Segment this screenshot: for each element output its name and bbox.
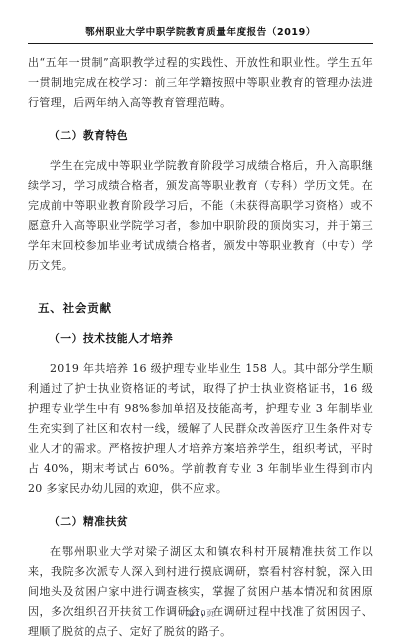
page-footer: 第10页 xyxy=(0,601,401,620)
page-number: 第10页 xyxy=(186,609,214,618)
document-body: 出“五年一贯制”高职教学过程的实践性、开放性和职业性。学生五年一贯制地完成在校学… xyxy=(28,53,373,640)
heading-poverty-alleviation: （二）精准扶贫 xyxy=(28,514,373,529)
document-page: 鄂州职业大学中职学院教育质量年度报告（2019） 出“五年一贯制”高职教学过程的… xyxy=(0,0,401,640)
page-header: 鄂州职业大学中职学院教育质量年度报告（2019） xyxy=(28,24,373,44)
page-content: 鄂州职业大学中职学院教育质量年度报告（2019） 出“五年一贯制”高职教学过程的… xyxy=(0,0,401,640)
paragraph-poverty-alleviation: 在鄂州职业大学对梁子湖区太和镇农科村开展精准扶贫工作以来，我院多次派专人深入到村… xyxy=(28,542,373,640)
report-title: 鄂州职业大学中职学院教育质量年度报告（2019） xyxy=(28,24,373,38)
heading-social-contribution: 五、社会贡献 xyxy=(28,300,373,316)
heading-talent-training: （一）技术技能人才培养 xyxy=(28,331,373,346)
paragraph-continuation: 出“五年一贯制”高职教学过程的实践性、开放性和职业性。学生五年一贯制地完成在校学… xyxy=(28,53,373,113)
paragraph-talent-training: 2019 年共培养 16 级护理专业毕业生 158 人。其中部分学生顺利通过了护… xyxy=(28,359,373,499)
paragraph-education-features: 学生在完成中等职业学院教育阶段学习成绩合格后，升入高职继续学习，学习成绩合格者，… xyxy=(28,156,373,276)
heading-education-features: （二）教育特色 xyxy=(28,128,373,143)
header-divider xyxy=(28,43,373,44)
